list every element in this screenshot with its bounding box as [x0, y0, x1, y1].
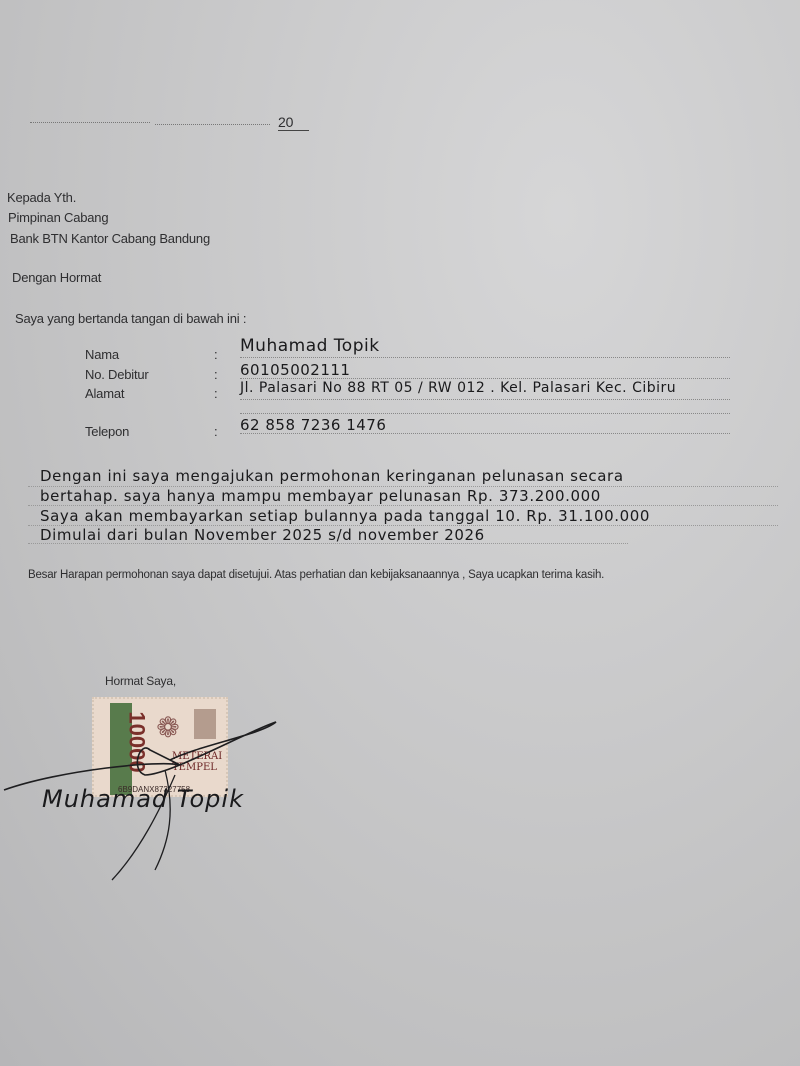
field-line-debtor-no [240, 378, 730, 379]
field-value-address: Jl. Palasari No 88 RT 05 / RW 012 . Kel.… [240, 380, 676, 396]
field-line-phone [240, 433, 730, 434]
field-value-debtor-no: 60105002111 [240, 361, 350, 379]
stamp-label-line-2: TEMPEL [172, 762, 222, 773]
field-colon: : [214, 386, 217, 401]
field-colon: : [214, 347, 217, 362]
date-year: 20 [278, 114, 309, 131]
request-rule-2 [28, 505, 778, 506]
stamp-label: METERAI TEMPEL [172, 751, 222, 773]
signature-name: Muhamad Topik [42, 785, 244, 813]
stamp-label-line-1: METERAI [172, 751, 222, 762]
recipient-line-2: Pimpinan Cabang [8, 210, 108, 225]
date-place-blank [30, 122, 150, 123]
field-line-address-2 [240, 413, 730, 414]
field-line-address [240, 399, 730, 400]
field-label-address: Alamat [85, 386, 124, 401]
recipient-line-1: Kepada Yth. [7, 190, 76, 205]
garuda-emblem-icon: ❁ [152, 709, 184, 747]
intro-text: Saya yang bertanda tangan di bawah ini : [15, 311, 246, 326]
date-day-blank [155, 124, 270, 125]
request-line-2: bertahap. saya hanya mampu membayar pelu… [40, 487, 601, 505]
field-label-debtor-no: No. Debitur [85, 367, 149, 382]
stamp-corner-graphic [194, 709, 216, 739]
request-line-3: Saya akan membayarkan setiap bulannya pa… [40, 507, 650, 525]
closing-text: Besar Harapan permohonan saya dapat dise… [28, 569, 604, 581]
field-value-name: Muhamad Topik [240, 336, 380, 356]
field-colon: : [214, 424, 217, 439]
duty-stamp: 10000 ❁ METERAI TEMPEL 6B9DANX87327758 [92, 697, 228, 797]
request-line-1: Dengan ini saya mengajukan permohonan ke… [40, 467, 624, 485]
field-line-name [240, 357, 730, 358]
stamp-value: 10000 [124, 711, 150, 772]
field-colon: : [214, 367, 217, 382]
field-value-phone: 62 858 7236 1476 [240, 416, 386, 434]
request-line-4: Dimulai dari bulan November 2025 s/d nov… [40, 526, 485, 544]
field-label-name: Nama [85, 347, 119, 362]
salutation: Dengan Hormat [12, 270, 101, 285]
signature-greeting: Hormat Saya, [105, 674, 176, 688]
recipient-line-3: Bank BTN Kantor Cabang Bandung [10, 231, 210, 246]
field-label-phone: Telepon [85, 424, 129, 439]
